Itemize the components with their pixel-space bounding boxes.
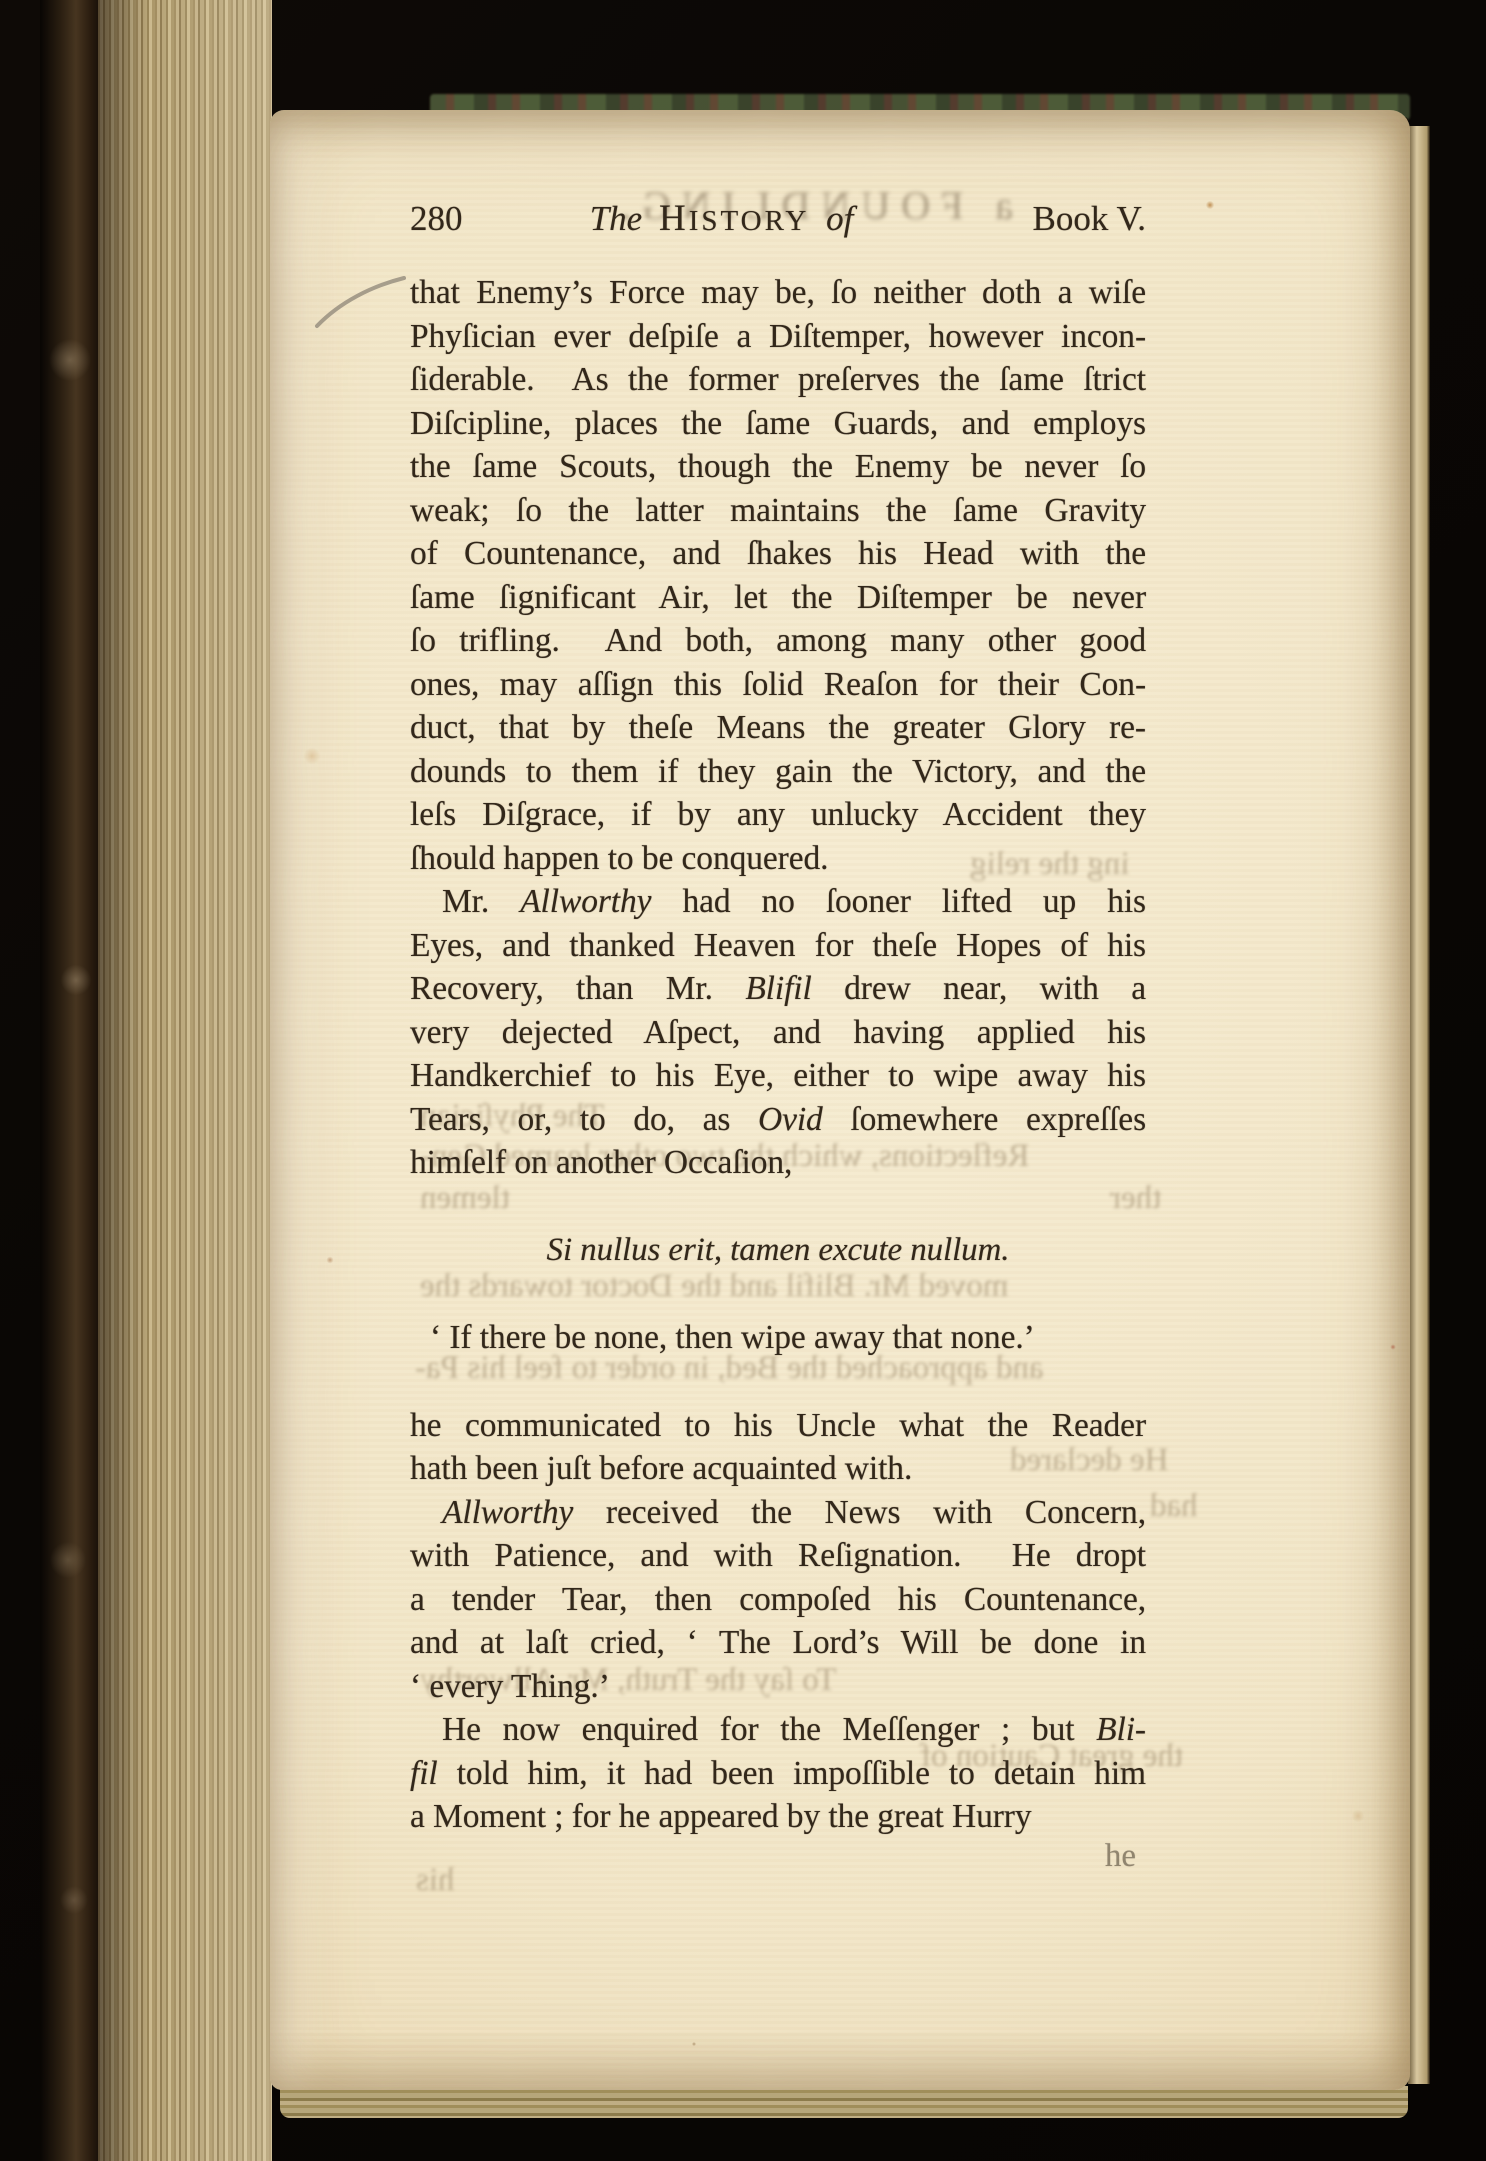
running-title: The HISTORY of [590, 197, 906, 240]
text-line: leſs Diſgrace, if by any unlucky Acciden… [410, 793, 1146, 837]
text-line: Allworthy received the News with Concern… [410, 1491, 1146, 1535]
text-line: very dejected Aſpect, and having applied… [410, 1011, 1146, 1055]
text-line: dounds to them if they gain the Victory,… [410, 750, 1146, 794]
text-line: Phyſician ever deſpiſe a Diſtemper, howe… [410, 315, 1146, 359]
page-stack-fore-edge [98, 0, 272, 2161]
text-line: ‘ If there be none, then wipe away that … [410, 1316, 1146, 1360]
text-line: that Enemy’s Force may be, ſo neither do… [410, 271, 1146, 315]
text-line: weak; ſo the latter maintains the ſame G… [410, 489, 1146, 533]
running-title-the: The [590, 199, 643, 238]
book-label: Book V. [1033, 199, 1146, 239]
text-line: ones, may aſſign this ſolid Reaſon for t… [410, 663, 1146, 707]
text-line: hath been juſt before acquainted with. [410, 1447, 1146, 1491]
book-page: a FOUNDLING.ing the religThe PhyſicianRe… [270, 110, 1410, 2090]
pencil-mark [312, 272, 408, 334]
book-spine-leather [40, 0, 102, 2161]
showthrough-fragment: had [1150, 1488, 1198, 1525]
text-line: a tender Tear, then compoſed his Counten… [410, 1578, 1146, 1622]
text-line: ſo trifling. And both, among many other … [410, 619, 1146, 663]
page-header: 280 The HISTORY of Book V. [410, 197, 1146, 240]
page-number: 280 [410, 199, 463, 239]
text-line: himſelf on another Occaſion, [410, 1141, 1146, 1185]
text-line: Eyes, and thanked Heaven for theſe Hopes… [410, 924, 1146, 968]
running-title-of: of [826, 199, 853, 238]
text-line: Si nullus erit, tamen excute nullum. [410, 1229, 1146, 1273]
catchword: he [410, 1838, 1136, 1875]
text-line: Handkerchief to his Eye, either to wipe … [410, 1054, 1146, 1098]
text-line: a Moment ; for he appeared by the great … [410, 1795, 1146, 1839]
text-line: and at laſt cried, ‘ The Lord’s Will be … [410, 1621, 1146, 1665]
text-line: Diſcipline, places the ſame Guards, and … [410, 402, 1146, 446]
text-line: ſiderable. As the former preſerves the ſ… [410, 358, 1146, 402]
text-line: ſame ſignificant Air, let the Diſtemper … [410, 576, 1146, 620]
text-line: fil told him, it had been impoſſible to … [410, 1752, 1146, 1796]
book-bottom-edge [280, 2086, 1408, 2118]
running-title-history: HISTORY [659, 197, 809, 240]
text-line: he communicated to his Uncle what the Re… [410, 1404, 1146, 1448]
text-line: of Countenance, and ſhakes his Head with… [410, 532, 1146, 576]
text-line: Recovery, than Mr. Blifil drew near, wit… [410, 967, 1146, 1011]
text-line: ſhould happen to be conquered. [410, 837, 1146, 881]
facing-page-edge [1408, 126, 1430, 2084]
text-line: Mr. Allworthy had no ſooner lifted up hi… [410, 880, 1146, 924]
text-line: the ſame Scouts, though the Enemy be nev… [410, 445, 1146, 489]
text-line: with Patience, and with Reſignation. He … [410, 1534, 1146, 1578]
text-line: ‘ every Thing.’ [410, 1665, 1146, 1709]
text-line: He now enquired for the Meſſenger ; but … [410, 1708, 1146, 1752]
book-photograph: a FOUNDLING.ing the religThe PhyſicianRe… [0, 0, 1486, 2161]
text-block: that Enemy’s Force may be, ſo neither do… [410, 271, 1146, 1839]
text-line: duct, that by theſe Means the greater Gl… [410, 706, 1146, 750]
text-line: Tears, or, to do, as Ovid ſomewhere expr… [410, 1098, 1146, 1142]
